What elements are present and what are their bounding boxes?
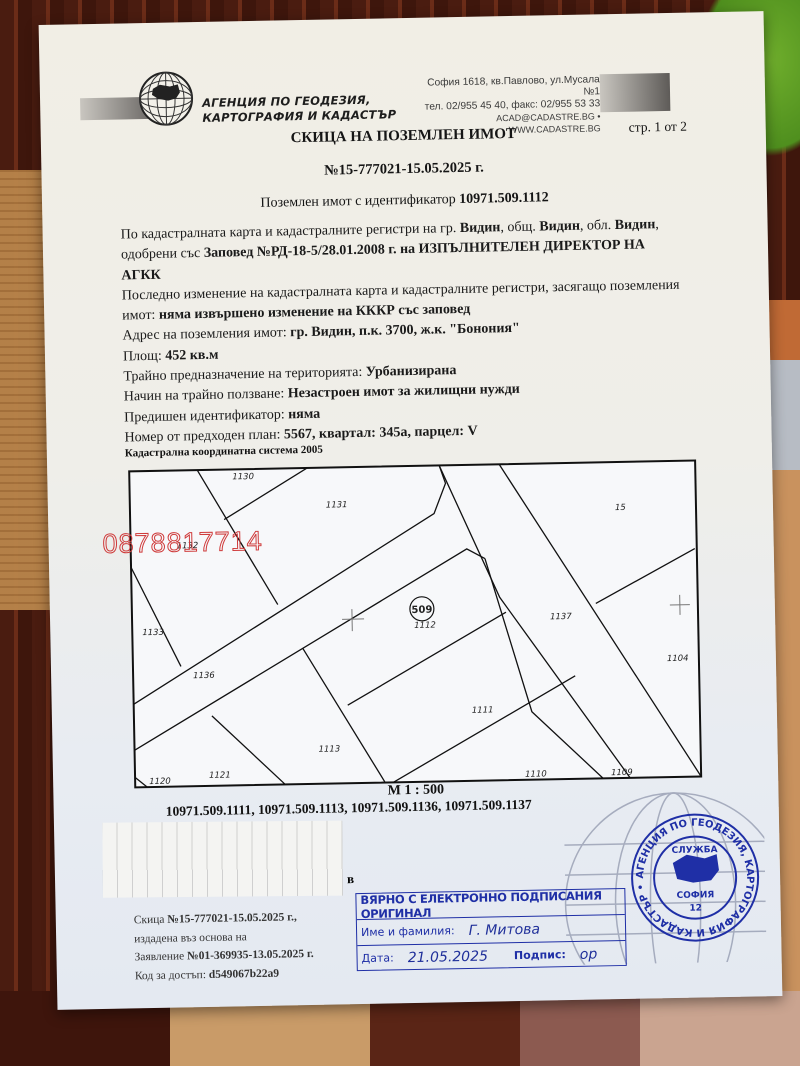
- address-value: гр. Видин, п.к. 3700, ж.к. "Бонония": [290, 321, 520, 340]
- letterhead-gradient-bar-right: [600, 73, 671, 112]
- label: Начин на трайно ползване:: [124, 387, 288, 405]
- parcel-label: 1136: [193, 671, 215, 681]
- parcel-label: 1121: [209, 771, 231, 781]
- label: Скица: [134, 914, 168, 927]
- city-value: Видин: [460, 220, 501, 236]
- seal-service-text: СЛУЖБА: [672, 845, 718, 856]
- parcel-label: 1120: [149, 777, 171, 787]
- access-code-value: d549067b22a9: [209, 967, 280, 980]
- stamp-sign-label: Подпис:: [514, 948, 566, 962]
- agency-name: АГЕНЦИЯ ПО ГЕОДЕЗИЯ, КАРТОГРАФИЯ И КАДАС…: [202, 92, 396, 126]
- stamp-heading: ВЯРНО С ЕЛЕКТРОННО ПОДПИСАНИЯ ОРИГИНАЛ: [356, 889, 624, 920]
- certified-copy-stamp: ВЯРНО С ЕЛЕКТРОННО ПОДПИСАНИЯ ОРИГИНАЛ И…: [355, 888, 626, 971]
- access-code: Код за достъп: d549067b22a9: [135, 963, 315, 985]
- label: , общ.: [500, 219, 539, 235]
- partially-hidden-text: в: [347, 871, 354, 887]
- agency-name-line2: КАРТОГРАФИЯ И КАДАСТЪР: [202, 107, 396, 126]
- redaction-paper-strip: [102, 821, 343, 898]
- label: Заявление: [134, 950, 187, 963]
- previous-plan-value: 5567, квартал: 345а, парцел: V: [284, 424, 478, 443]
- identifier-value: 10971.509.1112: [459, 190, 549, 207]
- phone-watermark: 0878817714: [102, 526, 263, 560]
- cadastral-sketch-document: АГЕНЦИЯ ПО ГЕОДЕЗИЯ, КАРТОГРАФИЯ И КАДАС…: [39, 11, 783, 1010]
- parcel-label: 1110: [525, 769, 547, 779]
- parcel-label: 15: [615, 503, 626, 513]
- stamp-name-label: Име и фамилия:: [361, 924, 455, 939]
- label: Адрес на поземления имот:: [122, 326, 290, 344]
- parcel-label: 1104: [667, 654, 689, 664]
- label: Предишен идентификатор:: [124, 407, 288, 425]
- agency-address: София 1618, кв.Павлово, ул.Мусала №1: [420, 74, 600, 101]
- parcel-label: 1109: [611, 768, 633, 778]
- label: Номер от предходен план:: [124, 427, 284, 445]
- label: , обл.: [580, 218, 615, 234]
- parcel-label: 1130: [232, 472, 254, 482]
- municipality-value: Видин: [539, 219, 580, 235]
- parcel-label: 1111: [472, 705, 494, 715]
- parcel-label: 1131: [326, 500, 348, 510]
- issuance-info: Скица №15-777021-15.05.2025 г., издадена…: [134, 908, 315, 985]
- identifier-label: Поземлен имот с идентификатор: [260, 192, 459, 211]
- label: ,: [655, 217, 659, 232]
- stamp-date-row: Дата:21.05.2025Подпис:ор: [357, 941, 625, 971]
- area-value: 452 кв.м: [165, 347, 218, 363]
- stamp-signature: ор: [580, 946, 598, 962]
- parcel-label: 1137: [550, 612, 572, 622]
- sketch-ref: Скица №15-777021-15.05.2025 г.,: [134, 908, 314, 930]
- label: одобрени със: [121, 246, 204, 263]
- seal-city-text: СОФИЯ: [677, 890, 715, 901]
- region-value: Видин: [615, 217, 656, 233]
- label: Площ:: [123, 348, 166, 364]
- label: Код за достъп:: [135, 968, 209, 981]
- previous-identifier-value: няма: [288, 406, 320, 422]
- purpose-value: Урбанизирана: [366, 363, 457, 380]
- label: Трайно предназначение на територията:: [123, 365, 366, 385]
- block-number: 509: [411, 605, 432, 616]
- application-ref-value: №01-369935-13.05.2025 г.: [187, 948, 314, 962]
- stamp-date-label: Дата:: [361, 951, 393, 965]
- property-identifier: Поземлен имот с идентификатор 10971.509.…: [42, 186, 767, 216]
- sketch-ref-value: №15-777021-15.05.2025 г.,: [167, 911, 297, 925]
- last-change-value: няма извършено изменение на КККР със зап…: [159, 302, 471, 323]
- application-ref: Заявление №01-369935-13.05.2025 г.: [134, 945, 314, 967]
- label: имот:: [122, 308, 159, 324]
- stamp-date-value: 21.05.2025: [408, 948, 488, 966]
- property-details: По кадастралната карта и кадастралните р…: [120, 214, 714, 449]
- parcel-label: 1112: [414, 621, 436, 631]
- cadastral-map: 509 113011311132113311361112113715110411…: [127, 448, 703, 789]
- globe-bulgaria-logo-icon: [138, 70, 195, 127]
- seal-number-text: 12: [689, 903, 702, 913]
- approval-order-value-2: АГКК: [121, 267, 161, 283]
- usage-value: Незастроен имот за жилищни нужди: [288, 382, 520, 401]
- parcel-label: 1113: [318, 744, 340, 754]
- parcel-label: 1133: [142, 628, 164, 638]
- document-number: №15-777021-15.05.2025 г.: [41, 154, 766, 185]
- stamp-name-value: Г. Митова: [468, 921, 540, 938]
